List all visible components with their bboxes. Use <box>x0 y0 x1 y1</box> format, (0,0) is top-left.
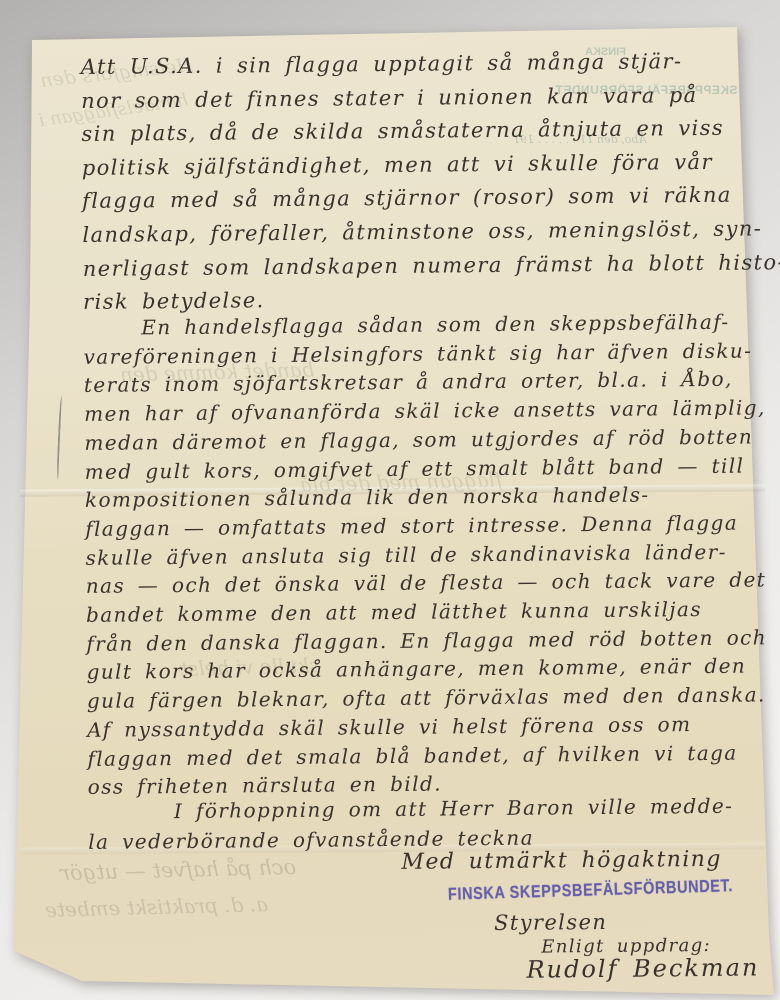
photo-background: Helsingfors den handelsflaggan i bandet … <box>0 0 780 1000</box>
letter-content: Att U.S.A. i sin flagga upptagit så mång… <box>0 0 780 1000</box>
paragraph-2: En handelsflagga sådan som den skeppsbef… <box>83 307 780 802</box>
signature-rudolf-beckman: Rudolf Beckman <box>526 953 759 983</box>
organization-stamp: FINSKA SKEPPSBEFÄLSFÖRBUNDET. <box>448 877 734 905</box>
paragraph-1: Att U.S.A. i sin flagga upptagit så mång… <box>81 44 780 319</box>
closing-salutation: Med utmärkt högaktning <box>401 847 722 875</box>
signature-styrelsen: Styrelsen <box>494 910 607 935</box>
handwritten-line: I förhoppning om att Herr Baron ville me… <box>88 792 734 828</box>
handwritten-line: nerligast som landskapen numera främst h… <box>83 246 780 286</box>
